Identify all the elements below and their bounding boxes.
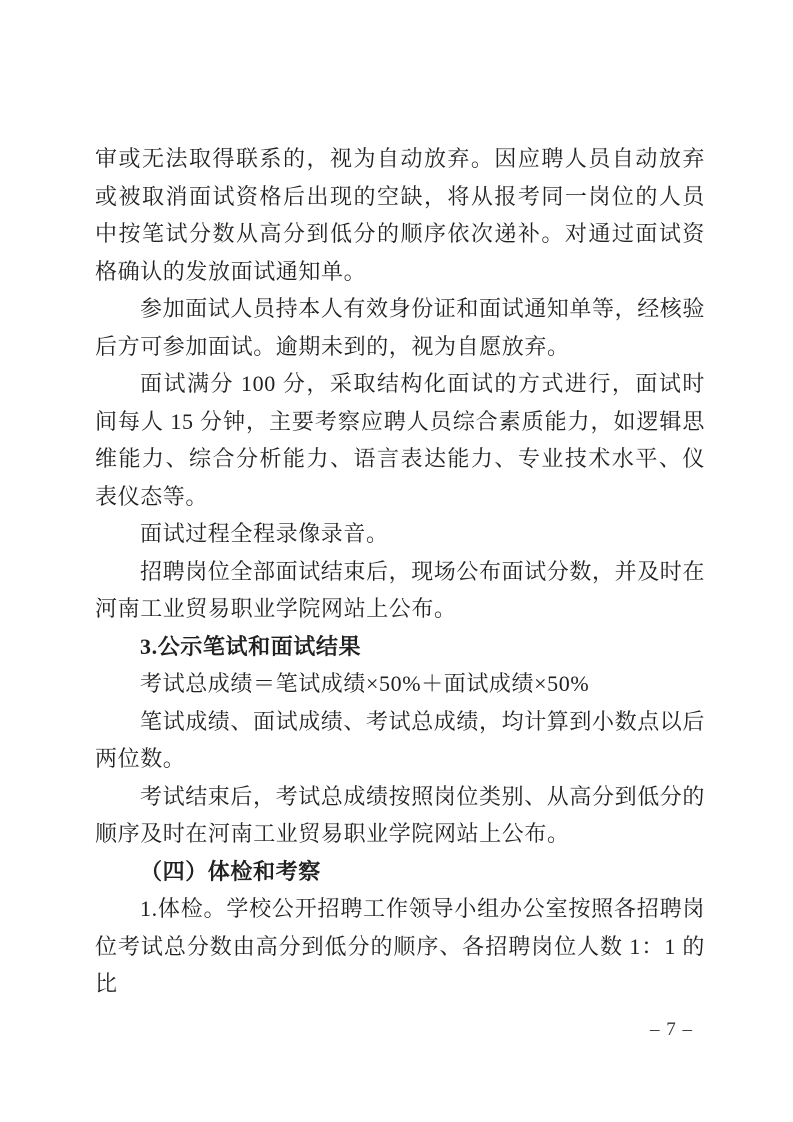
paragraph-total-score-publish: 考试结束后，考试总成绩按照岗位类别、从高分到低分的顺序及时在河南工业贸易职业学院… bbox=[95, 778, 705, 853]
section-heading-publish-results: 3.公示笔试和面试结果 bbox=[95, 628, 705, 666]
paragraph-score-formula: 考试总成绩＝笔试成绩×50%＋面试成绩×50% bbox=[95, 665, 705, 703]
paragraph-interview-checkin: 参加面试人员持本人有效身份证和面试通知单等，经核验后方可参加面试。逾期未到的，视… bbox=[95, 290, 705, 365]
paragraph-interview-results-announcement: 招聘岗位全部面试结束后，现场公布面试分数，并及时在河南工业贸易职业学院网站上公布… bbox=[95, 553, 705, 628]
paragraph-physical-exam: 1.体检。学校公开招聘工作领导小组办公室按照各招聘岗位考试总分数由高分到低分的顺… bbox=[95, 890, 705, 1003]
paragraph-interview-replacement: 审或无法取得联系的，视为自动放弃。因应聘人员自动放弃或被取消面试资格后出现的空缺… bbox=[95, 140, 705, 290]
page-number: – 7 – bbox=[650, 1019, 693, 1041]
document-body: 审或无法取得联系的，视为自动放弃。因应聘人员自动放弃或被取消面试资格后出现的空缺… bbox=[95, 140, 705, 1003]
paragraph-interview-recording: 面试过程全程录像录音。 bbox=[95, 515, 705, 553]
document-page: 审或无法取得联系的，视为自动放弃。因应聘人员自动放弃或被取消面试资格后出现的空缺… bbox=[0, 0, 793, 1122]
paragraph-interview-format: 面试满分 100 分，采取结构化面试的方式进行，面试时间每人 15 分钟，主要考… bbox=[95, 365, 705, 515]
section-heading-physical-exam-inspection: （四）体检和考察 bbox=[95, 853, 705, 891]
paragraph-score-precision: 笔试成绩、面试成绩、考试总成绩，均计算到小数点以后两位数。 bbox=[95, 703, 705, 778]
